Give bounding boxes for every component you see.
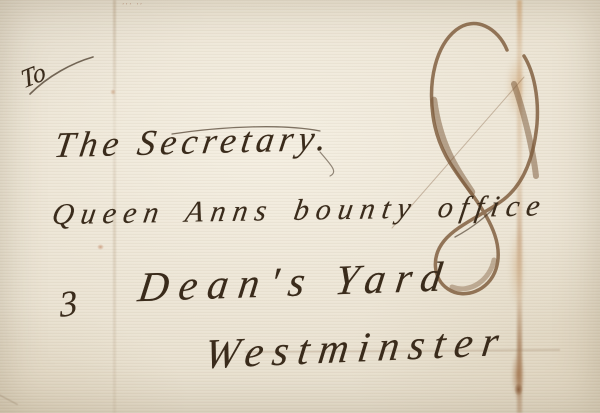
recipient-line: The Secretary. bbox=[52, 117, 335, 166]
house-number: 3 bbox=[58, 281, 79, 326]
letter-cover-photo: ′′′ ′′ To The Secretary. Queen Anns boun… bbox=[0, 0, 600, 413]
docket-marks: ′′′ ′′ bbox=[122, 2, 143, 10]
